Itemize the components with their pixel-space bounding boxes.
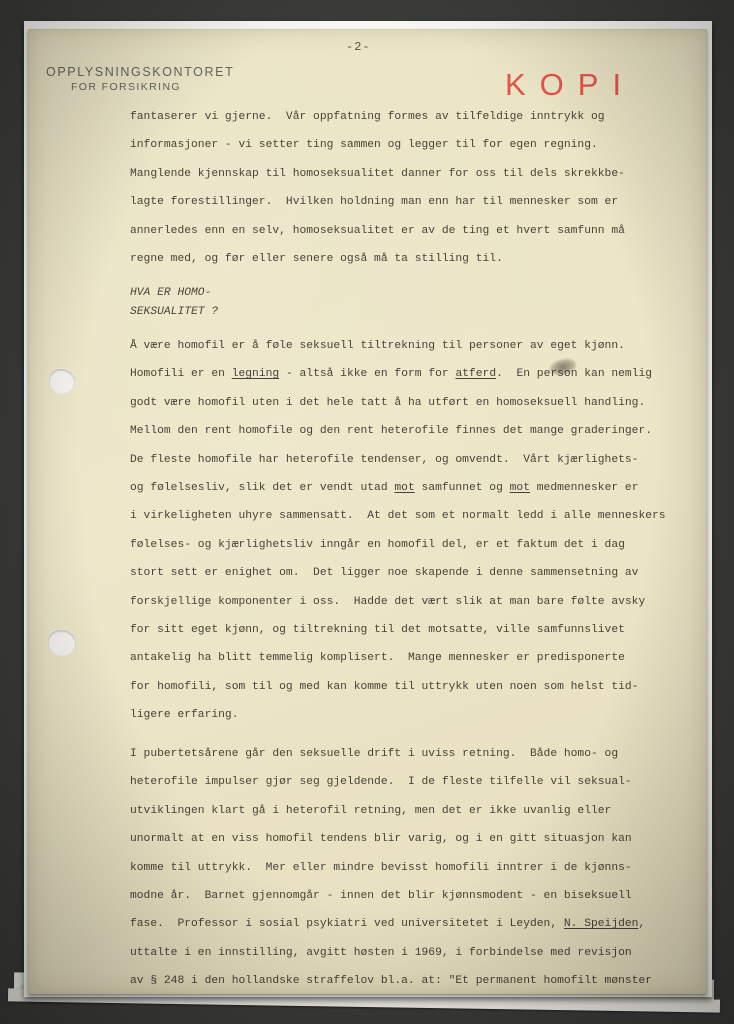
text-segment: for homofili, som til og med kan komme t… bbox=[130, 681, 638, 693]
text-segment: stort sett er enighet om. Det ligger noe… bbox=[130, 567, 638, 579]
section-heading-line: SEKSUALITET ? bbox=[130, 303, 702, 322]
text-segment: Manglende kjennskap til homoseksualitet … bbox=[130, 168, 625, 180]
text-segment: fase. Professor i sosial psykiatri ved u… bbox=[130, 918, 564, 930]
text-segment: for sitt eget kjønn, og tiltrekning til … bbox=[130, 624, 625, 636]
text-segment: Homofili er en bbox=[130, 368, 232, 380]
text-segment: I pubertetsårene går den seksuelle drift… bbox=[130, 748, 618, 760]
text-line: for sitt eget kjønn, og tiltrekning til … bbox=[130, 616, 702, 644]
text-line: unormalt at en viss homofil tendens blir… bbox=[130, 825, 702, 853]
text-line: antakelig ha blitt temmelig komplisert. … bbox=[130, 644, 702, 672]
section-heading: HVA ER HOMO- SEKSUALITET ? bbox=[130, 284, 702, 321]
text-segment: av § 248 i den hollandske straffelov bl.… bbox=[130, 975, 652, 987]
paragraph-what-is-homosexuality: Å være homofil er å føle seksuell tiltre… bbox=[130, 332, 702, 729]
letterhead: OPPLYSNINGSKONTORET FOR FORSIKRING bbox=[46, 65, 206, 93]
text-line: Å være homofil er å føle seksuell tiltre… bbox=[130, 332, 702, 360]
letterhead-org-name: OPPLYSNINGSKONTORET bbox=[46, 65, 206, 79]
punch-hole bbox=[48, 630, 76, 656]
text-line: stort sett er enighet om. Det ligger noe… bbox=[130, 559, 702, 587]
text-segment: fantaserer vi gjerne. Vår oppfatning for… bbox=[130, 111, 605, 123]
text-line: heterofile impulser gjør seg gjeldende. … bbox=[130, 768, 702, 796]
text-line: ligere erfaring. bbox=[130, 701, 702, 729]
paragraph-continuation: fantaserer vi gjerne. Vår oppfatning for… bbox=[130, 103, 702, 273]
paragraph-puberty: I pubertetsårene går den seksuelle drift… bbox=[130, 740, 702, 996]
text-line: av § 248 i den hollandske straffelov bl.… bbox=[130, 967, 702, 995]
text-segment: Å være homofil er å føle seksuell tiltre… bbox=[130, 340, 625, 352]
text-line: I pubertetsårene går den seksuelle drift… bbox=[130, 740, 702, 768]
text-segment: godt være homofil uten i det hele tatt å… bbox=[130, 397, 645, 409]
text-line: godt være homofil uten i det hele tatt å… bbox=[130, 389, 702, 417]
text-line: De fleste homofile har heterofile tenden… bbox=[130, 446, 702, 474]
text-line: annerledes enn en selv, homoseksualitet … bbox=[130, 217, 702, 245]
text-segment: , bbox=[638, 918, 645, 930]
text-segment: komme til uttrykk. Mer eller mindre bevi… bbox=[130, 862, 632, 874]
text-segment: lagte forestillinger. Hvilken holdning m… bbox=[130, 196, 618, 208]
text-segment: regne med, og før eller senere også må t… bbox=[130, 253, 503, 265]
text-segment: ligere erfaring. bbox=[130, 709, 238, 721]
text-line: modne år. Barnet gjennomgår - innen det … bbox=[130, 882, 702, 910]
text-line: utviklingen klart gå i heterofil retning… bbox=[130, 797, 702, 825]
text-segment: og følelsesliv, slik det er vendt utad bbox=[130, 482, 394, 494]
text-segment: uttalte i en innstilling, avgitt høsten … bbox=[130, 947, 632, 959]
letterhead-org-subtitle: FOR FORSIKRING bbox=[46, 81, 206, 93]
text-line: komme til uttrykk. Mer eller mindre bevi… bbox=[130, 854, 702, 882]
page-number: -2- bbox=[346, 40, 371, 54]
photo-background: -2- OPPLYSNINGSKONTORET FOR FORSIKRING K… bbox=[0, 0, 734, 1024]
text-line: fantaserer vi gjerne. Vår oppfatning for… bbox=[130, 103, 702, 131]
text-line: Homofili er en legning - altså ikke en f… bbox=[130, 360, 702, 388]
text-line: regne med, og før eller senere også må t… bbox=[130, 245, 702, 273]
text-line: fase. Professor i sosial psykiatri ved u… bbox=[130, 910, 702, 938]
text-line: informasjoner - vi setter ting sammen og… bbox=[130, 131, 702, 159]
text-segment: medmennesker er bbox=[530, 482, 638, 494]
text-line: forskjellige komponenter i oss. Hadde de… bbox=[130, 588, 702, 616]
text-line: Manglende kjennskap til homoseksualitet … bbox=[130, 160, 702, 188]
text-line: i virkeligheten uhyre sammensatt. At det… bbox=[130, 502, 702, 530]
text-segment: utviklingen klart gå i heterofil retning… bbox=[130, 805, 611, 817]
text-segment: i virkeligheten uhyre sammensatt. At det… bbox=[130, 510, 666, 522]
text-line: uttalte i en innstilling, avgitt høsten … bbox=[130, 939, 702, 967]
text-line: Mellom den rent homofile og den rent het… bbox=[130, 417, 702, 445]
section-heading-line: HVA ER HOMO- bbox=[130, 284, 702, 303]
underlined-text: mot bbox=[510, 482, 530, 494]
text-segment: Mellom den rent homofile og den rent het… bbox=[130, 425, 652, 437]
text-segment: samfunnet og bbox=[415, 482, 510, 494]
underlined-text: legning bbox=[232, 368, 279, 380]
text-segment: modne år. Barnet gjennomgår - innen det … bbox=[130, 890, 632, 902]
text-segment: unormalt at en viss homofil tendens blir… bbox=[130, 833, 632, 845]
copy-stamp: KOPI bbox=[505, 67, 635, 103]
text-segment: forskjellige komponenter i oss. Hadde de… bbox=[130, 596, 645, 608]
underlined-text: mot bbox=[394, 482, 414, 494]
text-segment: heterofile impulser gjør seg gjeldende. … bbox=[130, 776, 632, 788]
punch-hole bbox=[49, 369, 75, 394]
text-segment: De fleste homofile har heterofile tenden… bbox=[130, 454, 638, 466]
text-line: og følelsesliv, slik det er vendt utad m… bbox=[130, 474, 702, 502]
text-segment: - altså ikke en form for bbox=[279, 368, 455, 380]
text-segment: antakelig ha blitt temmelig komplisert. … bbox=[130, 652, 625, 664]
text-line: for homofili, som til og med kan komme t… bbox=[130, 673, 702, 701]
text-line: lagte forestillinger. Hvilken holdning m… bbox=[130, 188, 702, 216]
scanned-page: -2- OPPLYSNINGSKONTORET FOR FORSIKRING K… bbox=[28, 29, 707, 994]
text-segment: følelses- og kjærlighetsliv inngår en ho… bbox=[130, 539, 625, 551]
text-line: følelses- og kjærlighetsliv inngår en ho… bbox=[130, 531, 702, 559]
underlined-text: atferd bbox=[455, 368, 496, 380]
underlined-text: N. Speijden bbox=[564, 918, 639, 930]
text-segment: informasjoner - vi setter ting sammen og… bbox=[130, 139, 598, 151]
text-segment: annerledes enn en selv, homoseksualitet … bbox=[130, 225, 625, 237]
